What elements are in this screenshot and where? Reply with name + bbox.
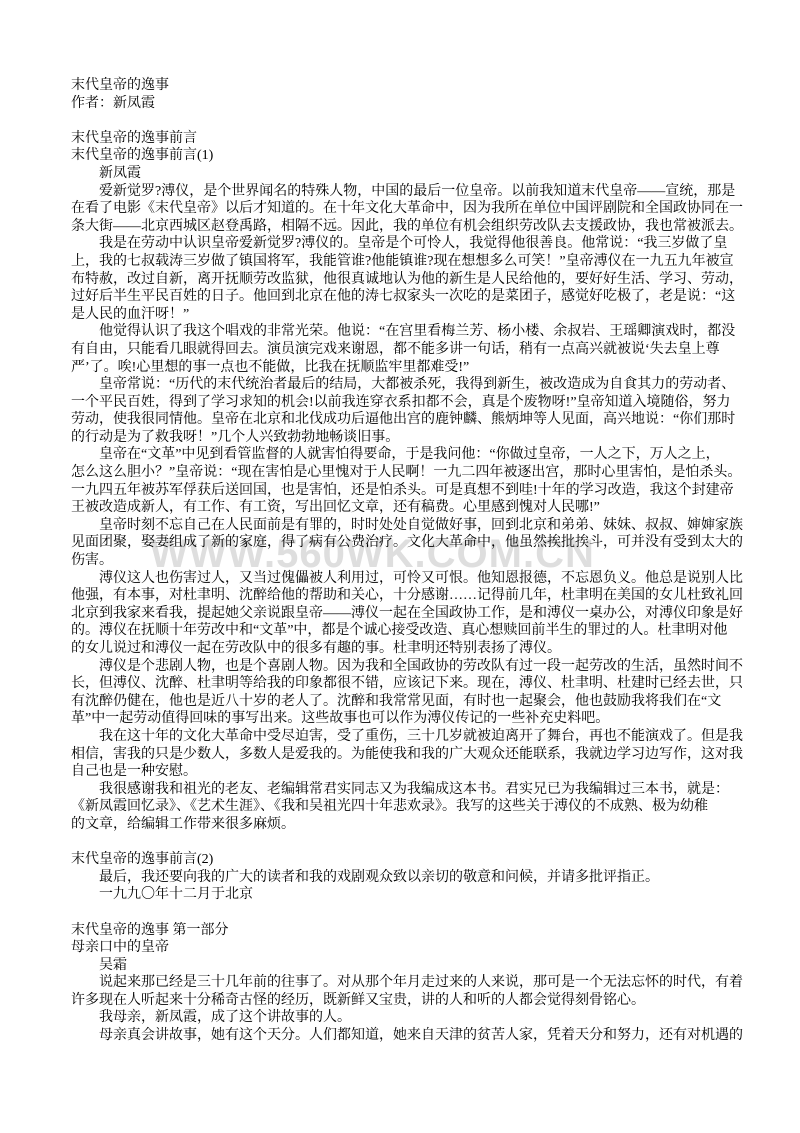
text-line: 皇帝时刻不忘自己在人民面前是有罪的，时时处处自觉做好事，回到北京和弟弟、妹妹、叔… [71, 517, 747, 535]
text-line: 溥仪这人也伤害过人，又当过傀儡被人利用过，可怜又可恨。他知恩报德，不忘恩负义。他… [71, 570, 747, 588]
text-line: 一九四五年被苏军俘获后送回国，也是害怕，还是怕杀头。可是真想不到哇!十年的学习改… [71, 482, 747, 500]
text-line: 自己也是一种安慰。 [71, 763, 747, 781]
text-line: 《新凤霞回忆录》、《艺术生涯》、《我和吴祖光四十年悲欢录》。我写的这些关于溥仪的… [71, 798, 747, 816]
text-line: 说起来那已经是三十几年前的往事了。对从那个年月走过来的人来说，那可是一个无法忘怀… [71, 974, 747, 992]
text-line: 的。溥仪在抚顺十年劳改中和“文革”中，都是个诚心接受改造、真心想赎回前半生的罪过… [71, 622, 747, 640]
text-line: 我是在劳动中认识皇帝爱新觉罗?溥仪的。皇帝是个可怜人，我觉得他很善良。他常说：“… [71, 235, 747, 253]
text-line: 严’了。唉!心里想的事一点也不能做，比我在抚顺监牢里都难受!” [71, 359, 747, 377]
text-line [71, 834, 747, 852]
text-line: 怎么这么胆小？”皇帝说：“现在害怕是心里愧对于人民啊！一九二四年被逐出宫，那时心… [71, 464, 747, 482]
text-line: 有自由，只能看几眼就得回去。演员演完戏来谢恩，都不能多讲一句话，稍有一点高兴就被… [71, 341, 747, 359]
text-line: 末代皇帝的逸事 [71, 77, 747, 95]
text-line: 条大街——北京西城区赵登禹路，相隔不远。因此，我的单位有机会组织劳改队去支援政协… [71, 218, 747, 236]
text-line: 有沈醉仍健在，他也是近八十岁的老人了。沈醉和我常常见面，有时也一起聚会，他也鼓励… [71, 693, 747, 711]
text-line: 布特赦，改过自新，离开抚顺劳改监狱，他很真诚地认为他的新生是人民给他的，要好好生… [71, 271, 747, 289]
text-line: 最后，我还要向我的广大的读者和我的戏剧观众致以亲切的敬意和问候，并请多批评指正。 [71, 869, 747, 887]
text-line: 过好后半生平民百姓的日子。他回到北京在他的涛七叔家头一次吃的是菜团子，感觉好吃极… [71, 288, 747, 306]
text-line: 革”中一起劳动值得回味的事写出来。这些故事也可以作为溥仪传记的一些补充史料吧。 [71, 710, 747, 728]
text-line: 末代皇帝的逸事前言(1) [71, 147, 747, 165]
text-line: 的女儿说过和溥仪一起在劳改队中的很多有趣的事。杜聿明还特别表扬了溥仪。 [71, 640, 747, 658]
text-line: 母亲真会讲故事，她有这个天分。人们都知道，她来自天津的贫苦人家，凭着天分和努力，… [71, 1027, 747, 1045]
text-line: 是人民的血汗呀！” [71, 306, 747, 324]
document-text-block: 末代皇帝的逸事作者：新凤霞末代皇帝的逸事前言末代皇帝的逸事前言(1) 新凤霞 爱… [71, 77, 747, 1045]
text-line: 皇帝常说：“历代的末代统治者最后的结局，大都被杀死，我得到新生，被改造成为自食其… [71, 376, 747, 394]
text-line: 母亲口中的皇帝 [71, 939, 747, 957]
text-line: 他觉得认识了我这个唱戏的非常光荣。他说：“在宫里看梅兰芳、杨小楼、余叔岩、王瑶卿… [71, 323, 747, 341]
text-line [71, 904, 747, 922]
text-line: 皇帝在“文革”中见到看管监督的人就害怕得要命，于是我问他：“你做过皇帝，一人之下… [71, 446, 747, 464]
text-line: 新凤霞 [71, 165, 747, 183]
text-line: 的行动是为了救我呀！”几个人兴致勃勃地畅谈旧事。 [71, 429, 747, 447]
text-line: 末代皇帝的逸事 第一部分 [71, 922, 747, 940]
text-line: 他强，有本事，对杜聿明、沈醉给他的帮助和关心，十分感谢……记得前几年，杜聿明在美… [71, 587, 747, 605]
text-line: 王被改造成新人，有工作、有工资，写出回忆文章，还有稿费。心里感到愧对人民哪!” [71, 499, 747, 517]
text-line: 溥仪是个悲剧人物，也是个喜剧人物。因为我和全国政协的劳改队有过一段一起劳改的生活… [71, 658, 747, 676]
document-page: www.560wk.com.cn 末代皇帝的逸事作者：新凤霞末代皇帝的逸事前言末… [0, 0, 800, 1133]
text-line: 在看了电影《末代皇帝》以后才知道的。在十年文化大革命中，因为我所在单位中国评剧院… [71, 200, 747, 218]
text-line: 长，但溥仪、沈醉、杜聿明等给我的印象都很不错，应该记下来。现在，溥仪、杜聿明、杜… [71, 675, 747, 693]
text-line: 相信，害我的只是少数人，多数人是爱我的。为能使我和我的广大观众还能联系，我就边学… [71, 746, 747, 764]
text-line: 一九九〇年十二月于北京 [71, 886, 747, 904]
text-line: 末代皇帝的逸事前言 [71, 130, 747, 148]
text-line: 见面团聚，娶妻组成了新的家庭，得了病有公费治疗。文化大革命中，他虽然挨批挨斗，可… [71, 534, 747, 552]
text-line: 的文章，给编辑工作带来很多麻烦。 [71, 816, 747, 834]
text-line: 我母亲，新凤霞，成了这个讲故事的人。 [71, 1009, 747, 1027]
text-line: 吴霜 [71, 957, 747, 975]
text-line: 我很感谢我和祖光的老友、老编辑常君实同志又为我编成这本书。君实兄已为我编辑过三本… [71, 781, 747, 799]
text-line: 末代皇帝的逸事前言(2) [71, 851, 747, 869]
text-line: 劳动，使我很同情他。皇帝在北京和北伐成功后逼他出宫的鹿钟麟、熊炳坤等人见面，高兴… [71, 411, 747, 429]
text-line: 作者：新凤霞 [71, 95, 747, 113]
text-line: 上，我的七叔载涛三岁做了镇国将军，我能管谁?他能镇谁?现在想想多么可笑！”皇帝溥… [71, 253, 747, 271]
text-line: 爱新觉罗?溥仪，是个世界闻名的特殊人物，中国的最后一位皇帝。以前我知道末代皇帝—… [71, 183, 747, 201]
text-line: 我在这十年的文化大革命中受尽迫害，受了重伤，三十几岁就被迫离开了舞台，再也不能演… [71, 728, 747, 746]
text-line: 一个平民百姓，得到了学习求知的机会!以前我连穿衣系扣都不会，真是个废物呀!”皇帝… [71, 394, 747, 412]
text-line: 伤害。 [71, 552, 747, 570]
text-line: 许多现在人听起来十分稀奇古怪的经历，既新鲜又宝贵，讲的人和听的人都会觉得刻骨铭心… [71, 992, 747, 1010]
text-line: 北京到我家来看我，提起她父亲说跟皇帝——溥仪一起在全国政协工作，是和溥仪一桌办公… [71, 605, 747, 623]
text-line [71, 112, 747, 130]
